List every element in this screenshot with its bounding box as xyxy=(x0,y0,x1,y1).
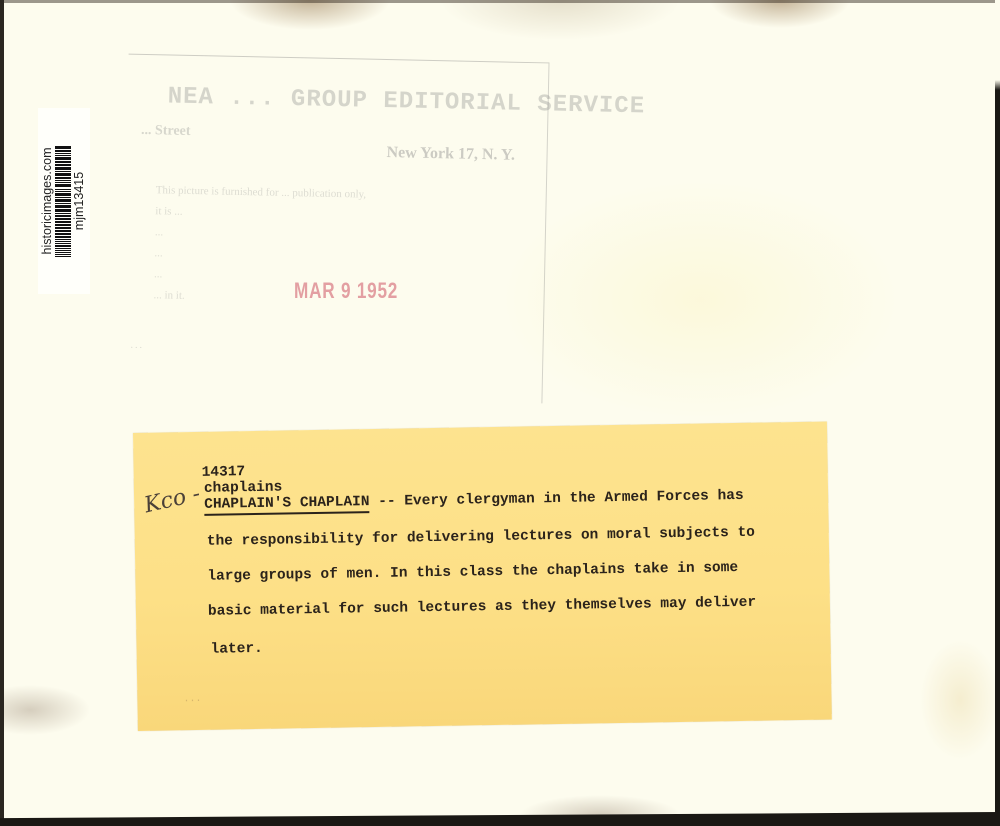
catalog-number: 14317 xyxy=(202,464,246,481)
handwritten-note: Kco - xyxy=(142,481,203,518)
caption-headline-line: CHAPLAIN'S CHAPLAIN -- Every clergyman i… xyxy=(204,488,744,513)
caption-line-5: later. xyxy=(210,641,262,658)
barcode-site-text: historicimages.com xyxy=(40,116,54,286)
editorial-service-stamp: NEA ... GROUP EDITORIAL SERVICE ... Stre… xyxy=(121,54,549,404)
barcode-label-content: historicimages.com mjm13415 xyxy=(40,116,88,286)
caption-headline: CHAPLAIN'S CHAPLAIN xyxy=(204,494,370,516)
scan-edge-left xyxy=(0,0,4,826)
stamp-street: ... Street xyxy=(141,123,191,140)
stamp-footer: ... xyxy=(130,340,144,351)
caption-line-4: basic material for such lectures as they… xyxy=(208,595,756,620)
faint-mark: ... xyxy=(183,694,201,705)
date-received-stamp: MAR 9 1952 xyxy=(294,278,398,304)
stamp-city: New York 17, N. Y. xyxy=(386,144,515,165)
subject-keyword: chaplains xyxy=(204,480,283,497)
caption-line-1: -- Every clergyman in the Armed Forces h… xyxy=(369,488,743,510)
barcode-icon xyxy=(55,116,71,286)
scan-edge-right xyxy=(995,0,1000,826)
caption-line-3: large groups of men. In this class the c… xyxy=(207,560,738,585)
caption-line-2: the responsibility for delivering lectur… xyxy=(207,525,755,550)
scan-edge-top xyxy=(0,0,1000,3)
barcode-label: historicimages.com mjm13415 xyxy=(38,108,90,294)
caption-slip: Kco - 14317 chaplains CHAPLAIN'S CHAPLAI… xyxy=(133,421,832,730)
barcode-id-text: mjm13415 xyxy=(72,116,86,286)
